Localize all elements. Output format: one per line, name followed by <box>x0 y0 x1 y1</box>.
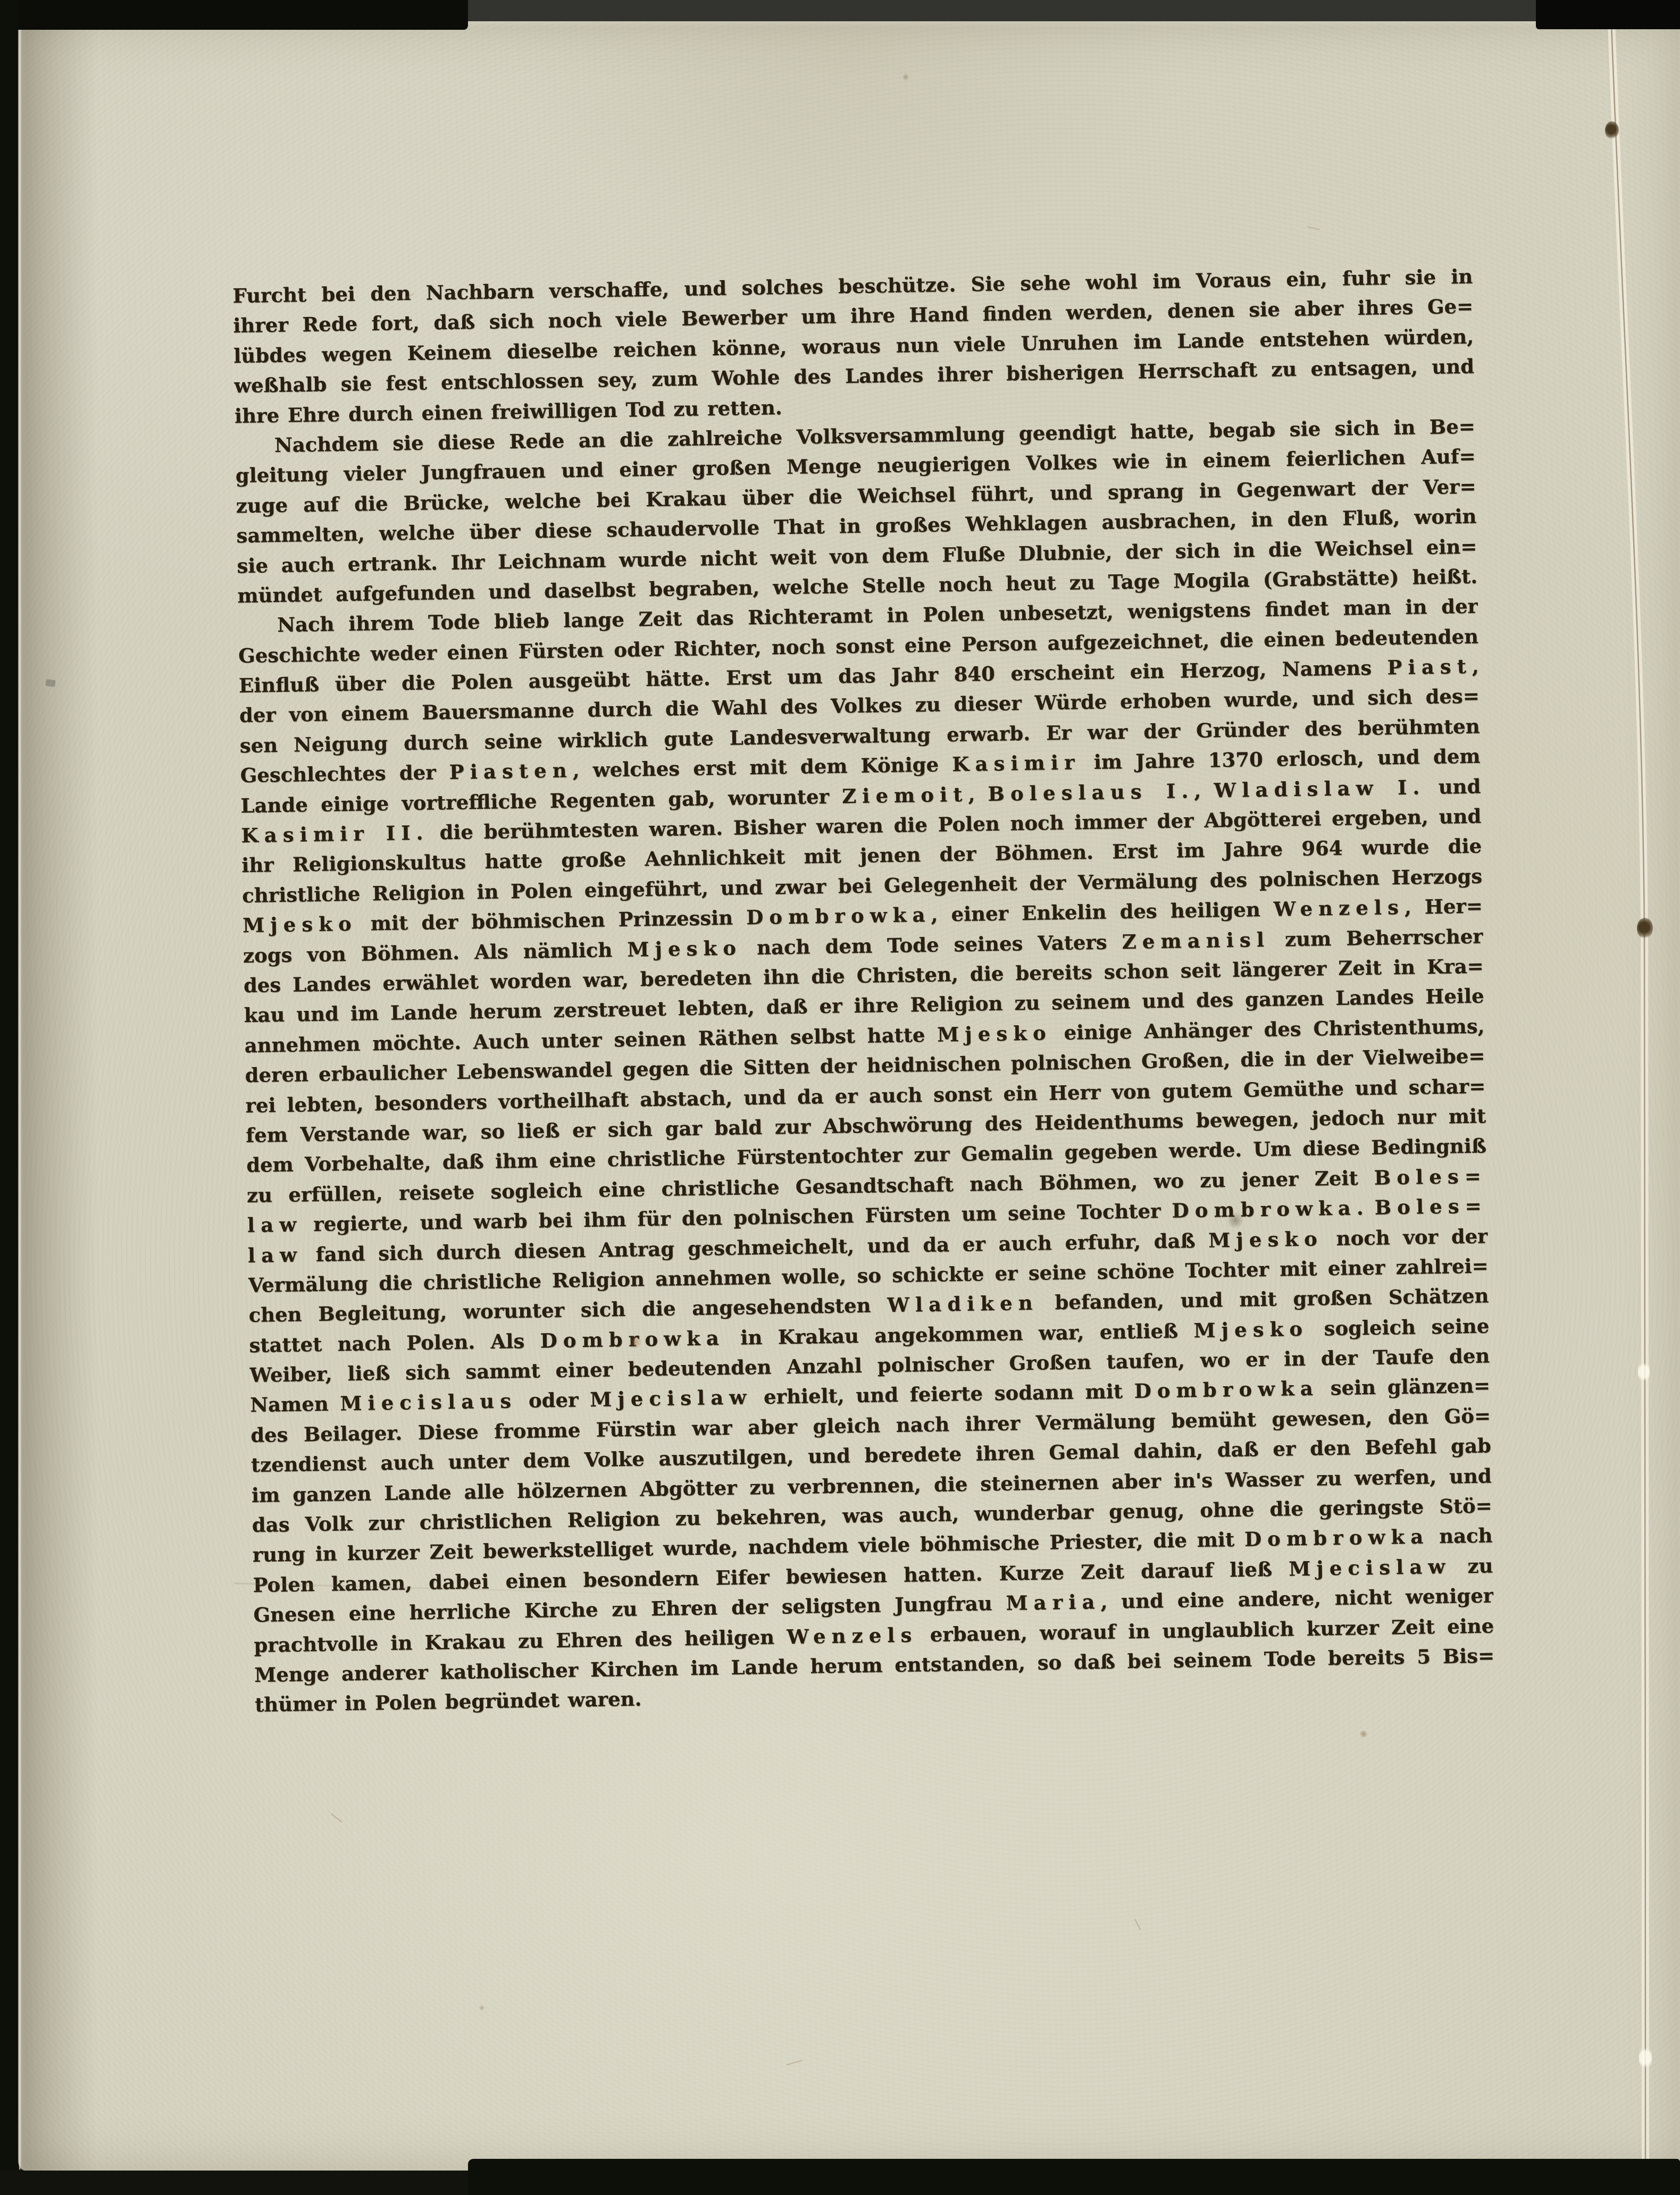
scan-edge-top-left <box>0 0 468 30</box>
spaced-proper-name: Mjesko <box>1193 1317 1308 1342</box>
spaced-proper-name: Piasten <box>449 759 573 784</box>
spaced-proper-name: Mjesko <box>1208 1227 1323 1252</box>
spaced-proper-name: Dombrowka <box>1244 1525 1430 1551</box>
spaced-proper-name: Dombrowka <box>540 1326 725 1352</box>
spaced-proper-name: Wenzels <box>787 1623 918 1648</box>
spaced-proper-name: Mjesko <box>627 936 742 961</box>
gutter-shadow <box>18 20 98 2172</box>
spaced-proper-name: Zemanisl <box>1122 927 1270 953</box>
scan-edge-bottom-right <box>468 2159 1680 2195</box>
spaced-proper-name: Kasimir <box>952 751 1081 776</box>
spaced-proper-name: Miecislaus <box>340 1389 517 1415</box>
spaced-proper-name: Mjecislaw <box>590 1386 753 1412</box>
spaced-proper-name: Mjesko <box>937 1021 1052 1046</box>
stitch-notch <box>1638 1361 1650 1383</box>
spaced-proper-name: Wladislaw I. <box>1214 775 1426 802</box>
spaced-proper-name: Piast <box>1387 655 1472 679</box>
spaced-proper-name: Mjecislaw <box>1289 1554 1451 1580</box>
stitch-knot <box>1637 918 1653 939</box>
spaced-proper-name: Maria <box>1006 1590 1101 1615</box>
page-text: Furcht bei den Nachbarn verschaffe, und … <box>232 262 1495 1720</box>
book-scan-page: { "document": { "kind": "scanned book pa… <box>0 0 1680 2195</box>
paper-left-edge-highlight <box>19 21 22 2169</box>
spaced-proper-name: Wenzels <box>1273 895 1405 921</box>
spaced-proper-name: Dombrowka <box>1172 1196 1357 1222</box>
spaced-proper-name: Wladiken <box>887 1291 1039 1317</box>
spaced-proper-name: Dombrowka <box>1134 1377 1319 1403</box>
spaced-proper-name: Boleslaus I. <box>988 779 1194 806</box>
spaced-proper-name: law <box>248 1243 303 1267</box>
scan-edge-top-right <box>1536 0 1680 29</box>
spaced-proper-name: Dombrowka <box>746 903 931 929</box>
spaced-proper-name: law <box>247 1213 303 1237</box>
stitch-knot <box>1605 121 1619 139</box>
scan-edge-left <box>0 0 18 2195</box>
spaced-proper-name: Ziemoit <box>842 782 968 808</box>
spaced-proper-name: Boles= <box>1374 1194 1487 1219</box>
spaced-proper-name: Mjesko <box>243 912 357 937</box>
spaced-proper-name: Kasimir II. <box>241 821 429 848</box>
stitch-notch <box>1639 2046 1652 2070</box>
spaced-proper-name: Boles= <box>1374 1164 1487 1189</box>
